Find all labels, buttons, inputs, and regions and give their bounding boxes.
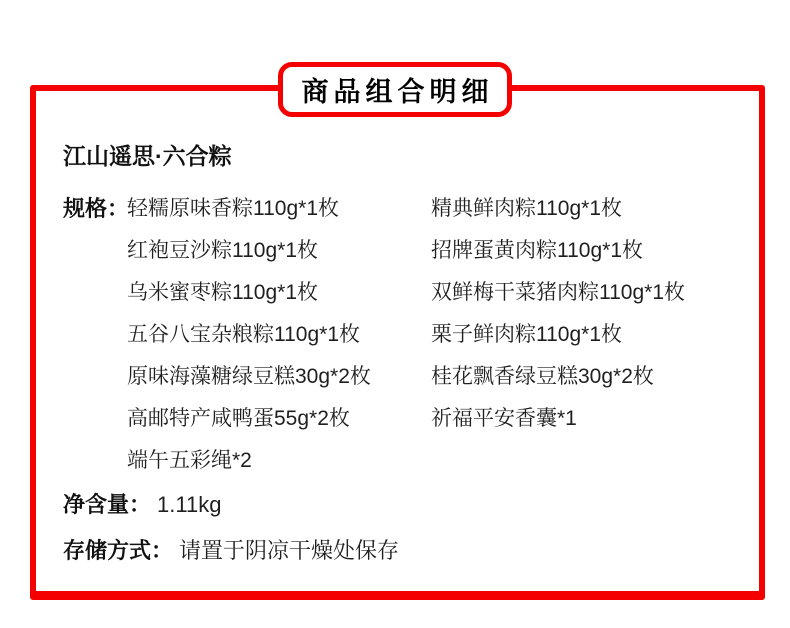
spec-item: 栗子鲜肉粽110g*1枚 (431, 314, 622, 356)
spec-label: 规格： (63, 188, 127, 230)
spec-section: 规格： 轻糯原味香粽110g*1枚 精典鲜肉粽110g*1枚 红袍豆沙粽110g… (63, 188, 749, 482)
spec-row: 端午五彩绳*2 (127, 440, 749, 482)
spec-row: 乌米蜜枣粽110g*1枚 双鲜梅干菜猪肉粽110g*1枚 (127, 272, 749, 314)
spec-item: 原味海藻糖绿豆糕30g*2枚 (127, 356, 431, 398)
section-title: 商品组合明细 (297, 70, 494, 109)
section-title-box: 商品组合明细 (278, 62, 512, 117)
spec-row: 五谷八宝杂粮粽110g*1枚 栗子鲜肉粽110g*1枚 (127, 314, 749, 356)
spec-item: 高邮特产咸鸭蛋55g*2枚 (127, 398, 431, 440)
product-name: 江山遥思·六合粽 (63, 142, 749, 170)
spec-item: 祈福平安香囊*1 (431, 398, 577, 440)
spec-item: 红袍豆沙粽110g*1枚 (127, 230, 431, 272)
spec-row: 红袍豆沙粽110g*1枚 招牌蛋黄肉粽110g*1枚 (127, 230, 749, 272)
net-weight-label: 净含量： (63, 490, 151, 520)
spec-row: 轻糯原味香粽110g*1枚 精典鲜肉粽110g*1枚 (127, 188, 749, 230)
spec-item: 招牌蛋黄肉粽110g*1枚 (431, 230, 643, 272)
spec-item: 精典鲜肉粽110g*1枚 (431, 188, 622, 230)
detail-border-box: 江山遥思·六合粽 规格： 轻糯原味香粽110g*1枚 精典鲜肉粽110g*1枚 … (30, 85, 765, 600)
spec-row: 高邮特产咸鸭蛋55g*2枚 祈福平安香囊*1 (127, 398, 749, 440)
spec-item: 桂花飘香绿豆糕30g*2枚 (431, 356, 654, 398)
net-weight-row: 净含量： 1.11kg (63, 490, 749, 520)
spec-item: 端午五彩绳*2 (127, 440, 431, 482)
storage-label: 存储方式： (63, 536, 173, 566)
storage-value: 请置于阴凉干燥处保存 (179, 536, 399, 566)
net-weight-value: 1.11kg (157, 490, 221, 520)
spec-list: 轻糯原味香粽110g*1枚 精典鲜肉粽110g*1枚 红袍豆沙粽110g*1枚 … (127, 188, 749, 482)
detail-content: 江山遥思·六合粽 规格： 轻糯原味香粽110g*1枚 精典鲜肉粽110g*1枚 … (63, 142, 749, 566)
spec-row: 原味海藻糖绿豆糕30g*2枚 桂花飘香绿豆糕30g*2枚 (127, 356, 749, 398)
spec-item: 乌米蜜枣粽110g*1枚 (127, 272, 431, 314)
spec-item: 双鲜梅干菜猪肉粽110g*1枚 (431, 272, 685, 314)
spec-item: 五谷八宝杂粮粽110g*1枚 (127, 314, 431, 356)
spec-item: 轻糯原味香粽110g*1枚 (127, 188, 431, 230)
product-detail-card: 江山遥思·六合粽 规格： 轻糯原味香粽110g*1枚 精典鲜肉粽110g*1枚 … (0, 0, 790, 628)
storage-row: 存储方式： 请置于阴凉干燥处保存 (63, 536, 749, 566)
